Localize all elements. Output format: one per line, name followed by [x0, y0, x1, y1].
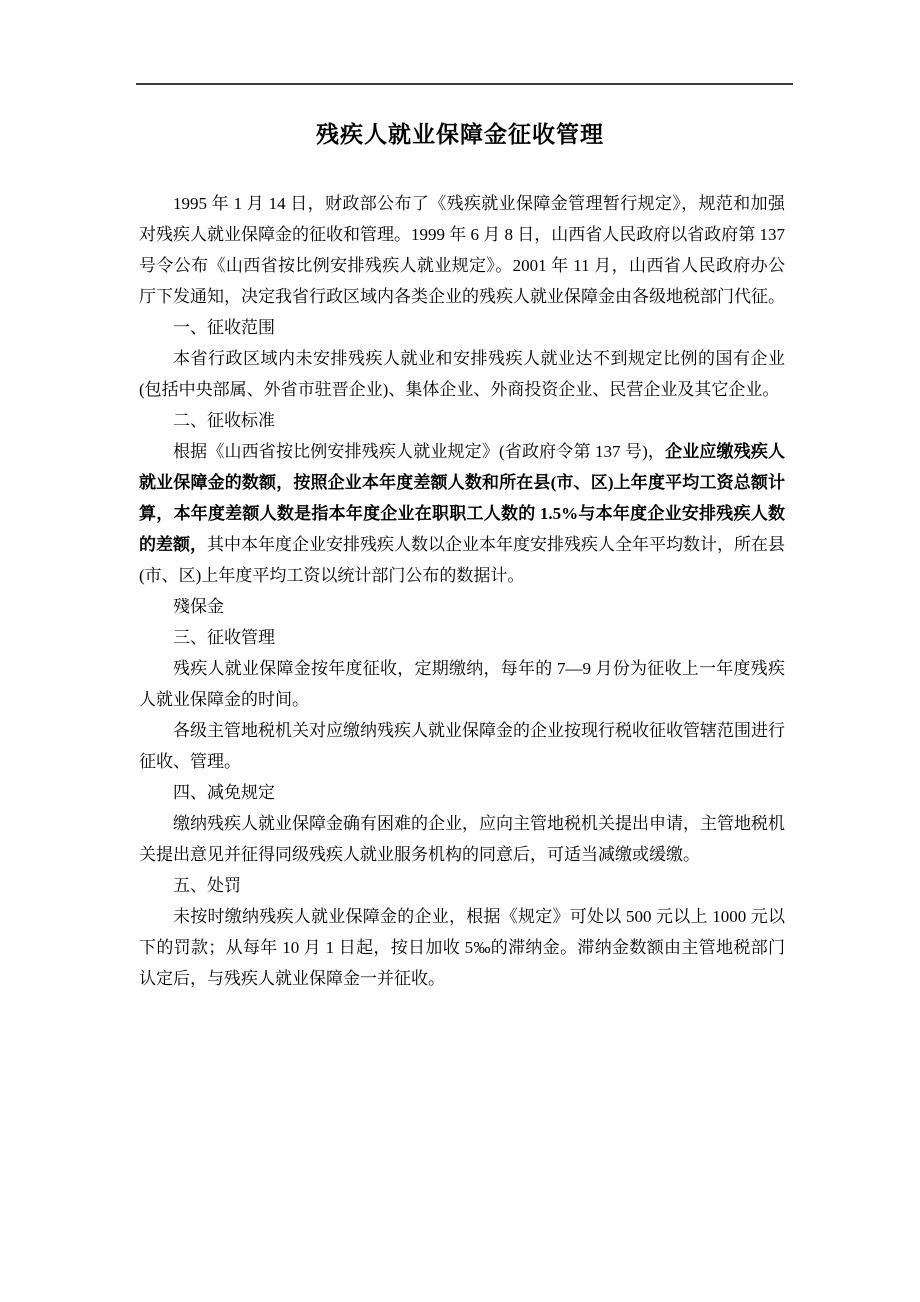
text-segment: 殘保金 — [173, 597, 224, 616]
text-segment: 五、处罚 — [173, 876, 241, 895]
text-segment: 各级主管地税机关对应缴纳残疾人就业保障金的企业按现行税收征收管辖范围进行征收、管… — [139, 721, 785, 771]
text-segment: 缴纳残疾人就业保障金确有困难的企业，应向主管地税机关提出申请，主管地税机关提出意… — [139, 814, 785, 864]
header-divider-line — [136, 83, 793, 85]
paragraph: 未按时缴纳残疾人就业保障金的企业，根据《规定》可处以 500 元以上 1000 … — [139, 901, 785, 994]
page-title: 残疾人就业保障金征收管理 — [0, 116, 920, 149]
paragraph: 根据《山西省按比例安排残疾人就业规定》(省政府令第 137 号)，企业应缴残疾人… — [139, 436, 785, 591]
section-heading: 三、征收管理 — [139, 622, 785, 653]
text-segment: 其中本年度企业安排残疾人数以企业本年度安排残疾人全年平均数计，所在县(市、区)上… — [139, 535, 785, 585]
section-heading: 二、征收标准 — [139, 405, 785, 436]
text-segment: 残疾人就业保障金按年度征收，定期缴纳，每年的 7—9 月份为征收上一年度残疾人就… — [139, 659, 785, 709]
section-heading: 五、处罚 — [139, 870, 785, 901]
section-heading: 四、减免规定 — [139, 777, 785, 808]
text-segment: 未按时缴纳残疾人就业保障金的企业，根据《规定》可处以 500 元以上 1000 … — [139, 907, 785, 988]
section-heading: 一、征收范围 — [139, 312, 785, 343]
paragraph: 各级主管地税机关对应缴纳残疾人就业保障金的企业按现行税收征收管辖范围进行征收、管… — [139, 715, 785, 777]
text-segment: 一、征收范围 — [173, 318, 275, 337]
text-segment: 根据《山西省按比例安排残疾人就业规定》(省政府令第 137 号)， — [173, 442, 665, 461]
text-segment: 1995 年 1 月 14 日，财政部公布了《残疾就业保障金管理暂行规定》，规范… — [139, 194, 785, 306]
paragraph: 殘保金 — [139, 591, 785, 622]
document-page: 残疾人就业保障金征收管理 1995 年 1 月 14 日，财政部公布了《残疾就业… — [0, 0, 920, 1302]
paragraph: 残疾人就业保障金按年度征收，定期缴纳，每年的 7—9 月份为征收上一年度残疾人就… — [139, 653, 785, 715]
text-segment: 本省行政区域内未安排残疾人就业和安排残疾人就业达不到规定比例的国有企业(包括中央… — [139, 349, 785, 399]
paragraph: 1995 年 1 月 14 日，财政部公布了《残疾就业保障金管理暂行规定》，规范… — [139, 188, 785, 312]
text-segment: 四、减免规定 — [173, 783, 275, 802]
text-segment: 三、征收管理 — [173, 628, 275, 647]
paragraph: 本省行政区域内未安排残疾人就业和安排残疾人就业达不到规定比例的国有企业(包括中央… — [139, 343, 785, 405]
text-segment: 二、征收标准 — [173, 411, 275, 430]
document-body: 1995 年 1 月 14 日，财政部公布了《残疾就业保障金管理暂行规定》，规范… — [139, 188, 785, 994]
paragraph: 缴纳残疾人就业保障金确有困难的企业，应向主管地税机关提出申请，主管地税机关提出意… — [139, 808, 785, 870]
